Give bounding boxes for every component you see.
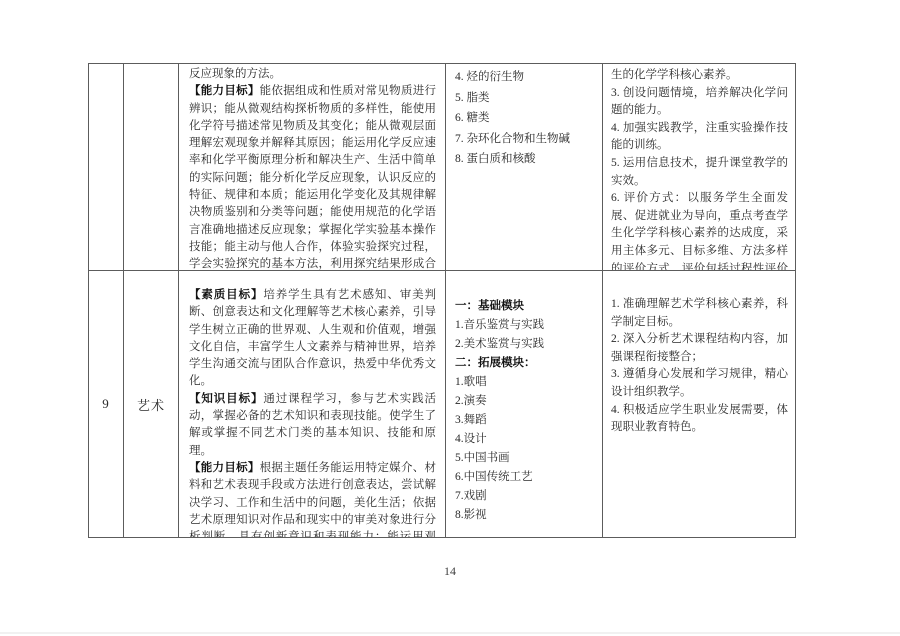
module-section-header: 二：拓展模块： — [455, 354, 596, 373]
row2-goals-cell: 【素质目标】培养学生具有艺术感知、审美判断、创意表达和文化理解等艺术核心素养，引… — [179, 271, 446, 537]
goal-label: 【能力目标】 — [189, 85, 260, 97]
row2-subject-cell: 艺术 — [124, 271, 179, 537]
module-item: 8.影视 — [455, 506, 596, 525]
module-item: 6.中国传统工艺 — [455, 468, 596, 487]
goal-label: 【素质目标】 — [189, 289, 263, 301]
module-item: 6. 糖类 — [455, 108, 596, 129]
suggestion-item: 1. 准确理解艺术学科核心素养，科学制定目标。 — [611, 296, 788, 331]
suggestion-item: 4. 积极适应学生职业发展需要，体现职业教育特色。 — [611, 402, 788, 437]
goal-text: 培养学生具有艺术感知、审美判断、创意表达和文化理解等艺术核心素养，引导学生树立正… — [189, 289, 436, 387]
row1-subject-cell — [124, 64, 179, 271]
goal-label: 【能力目标】 — [189, 462, 260, 474]
goal-paragraph: 【素质目标】培养学生具有艺术感知、审美判断、创意表达和文化理解等艺术核心素养，引… — [189, 287, 436, 391]
goal-text: 反应现象的方法。 — [189, 68, 281, 80]
goal-paragraph: 【能力目标】能依据组成和性质对常见物质进行辨识；能从微观结构探析物质的多样性，能… — [189, 83, 436, 271]
module-item: 5. 脂类 — [455, 88, 596, 109]
row1-goals-cell: 反应现象的方法。 【能力目标】能依据组成和性质对常见物质进行辨识；能从微观结构探… — [179, 64, 446, 271]
goal-paragraph: 反应现象的方法。 — [189, 66, 436, 83]
row1-modules-cell: 4. 烃的衍生物 5. 脂类 6. 糖类 7. 杂环化合物和生物碱 8. 蛋白质… — [446, 64, 603, 271]
page-number: 14 — [0, 564, 900, 579]
module-item: 4.设计 — [455, 430, 596, 449]
module-item: 1.歌唱 — [455, 373, 596, 392]
row2-modules-cell: 一：基础模块 1.音乐鉴赏与实践 2.美术鉴赏与实践 二：拓展模块： 1.歌唱 … — [446, 271, 603, 537]
module-item: 8. 蛋白质和核酸 — [455, 149, 596, 170]
module-item: 7. 杂环化合物和生物碱 — [455, 129, 596, 150]
module-item: 4. 烃的衍生物 — [455, 67, 596, 88]
suggestion-item: 4. 加强实践教学，注重实验操作技能的训练。 — [611, 120, 788, 155]
row2-suggestions-cell: 1. 准确理解艺术学科核心素养，科学制定目标。 2. 深入分析艺术课程结构内容，… — [603, 271, 795, 537]
module-item: 2.美术鉴赏与实践 — [455, 335, 596, 354]
page-bottom-edge — [0, 632, 900, 634]
goal-paragraph: 【知识目标】通过课程学习，参与艺术实践活动，掌握必备的艺术知识和表现技能。使学生… — [189, 391, 436, 460]
suggestion-item: 3. 遵循身心发展和学习规律，精心设计组织教学。 — [611, 366, 788, 401]
module-item: 5.中国书画 — [455, 449, 596, 468]
row2-index-cell: 9 — [89, 271, 124, 537]
document-page: 反应现象的方法。 【能力目标】能依据组成和性质对常见物质进行辨识；能从微观结构探… — [0, 0, 900, 636]
goal-label: 【知识目标】 — [189, 393, 263, 405]
suggestion-item: 生的化学学科核心素养。 — [611, 67, 788, 85]
goal-text: 能依据组成和性质对常见物质进行辨识；能从微观结构探析物质的多样性，能使用化学符号… — [189, 85, 436, 271]
module-item: 1.音乐鉴赏与实践 — [455, 316, 596, 335]
suggestion-item: 2. 深入分析艺术课程结构内容，加强课程衔接整合； — [611, 331, 788, 366]
suggestion-item: 5. 运用信息技术，提升课堂教学的实效。 — [611, 155, 788, 190]
module-item: 2.演奏 — [455, 392, 596, 411]
row1-suggestions-cell: 生的化学学科核心素养。 3. 创设问题情境，培养解决化学问题的能力。 4. 加强… — [603, 64, 795, 271]
module-item: 3.舞蹈 — [455, 411, 596, 430]
row1-index-cell — [89, 64, 124, 271]
goal-paragraph: 【能力目标】根据主题任务能运用特定媒介、材料和艺术表现手段或方法进行创意表达，尝… — [189, 460, 436, 537]
suggestion-item: 3. 创设问题情境，培养解决化学问题的能力。 — [611, 85, 788, 120]
suggestion-item: 6. 评价方式：以服务学生全面发展、促进就业为导向，重点考查学生化学学科核心素养… — [611, 190, 788, 271]
module-section-header: 一：基础模块 — [455, 297, 596, 316]
module-item: 7.戏剧 — [455, 487, 596, 506]
curriculum-table: 反应现象的方法。 【能力目标】能依据组成和性质对常见物质进行辨识；能从微观结构探… — [88, 63, 796, 538]
